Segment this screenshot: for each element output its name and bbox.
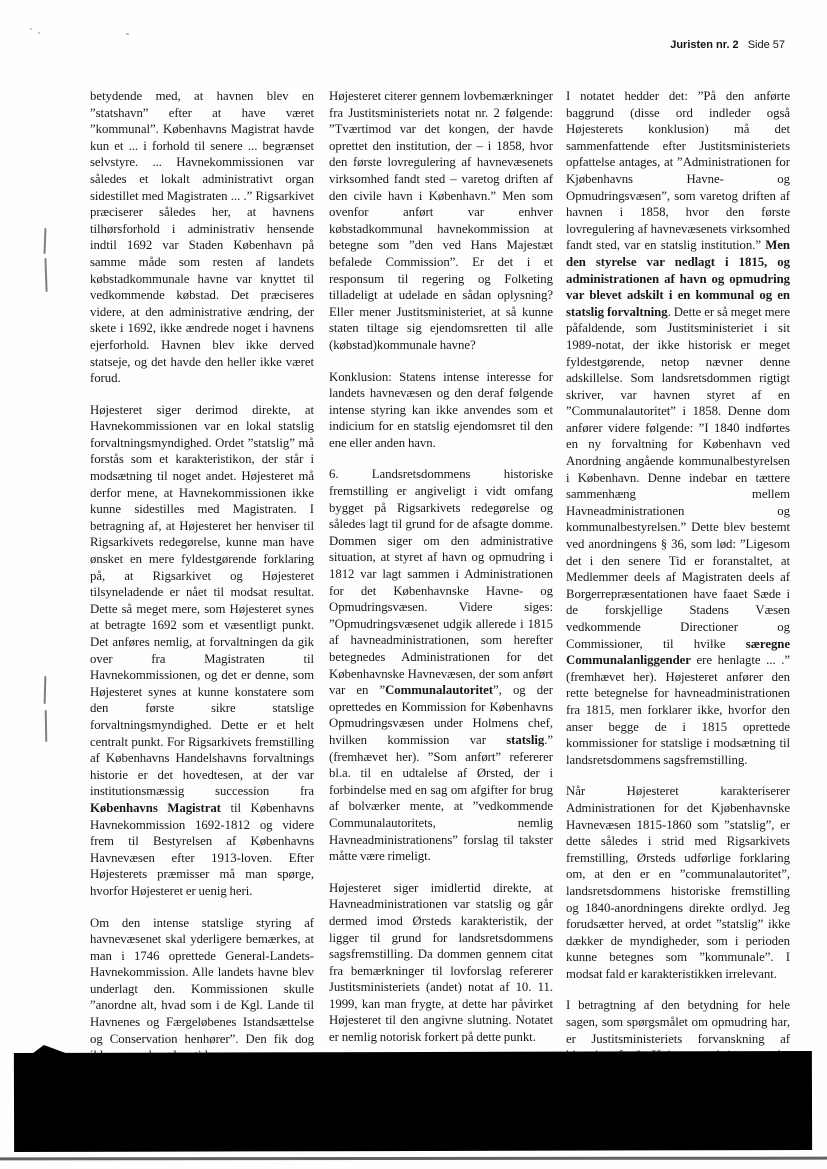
scan-speck	[126, 33, 129, 35]
body-text: Højesteret siger imidlertid direkte, at …	[329, 881, 553, 1044]
body-text: . Dette er så meget mere påfaldende, som…	[566, 305, 790, 651]
paragraph: Når Højesteret karakteriserer Administra…	[566, 783, 790, 982]
margin-mark	[44, 258, 47, 292]
scan-speck	[38, 32, 40, 34]
body-text: 6. Landsretsdommens historiske fremstill…	[329, 467, 553, 697]
paragraph: I notatet hedder det: ”På den anførte ba…	[566, 88, 790, 768]
text-column-1: betydende med, at havnen blev en ”statsh…	[90, 88, 314, 1079]
text-column-2: Højesteret citerer gennem lovbemærkninge…	[329, 88, 553, 1061]
body-text: Når Højesteret karakteriserer Administra…	[566, 784, 790, 981]
scanned-journal-page: Juristen nr. 2Side 57 betydende med, at …	[0, 0, 827, 1169]
emphasized-text: statslig	[506, 733, 544, 747]
body-text: betydende med, at havnen blev en ”statsh…	[90, 89, 314, 385]
emphasized-text: Communalautoritet	[385, 683, 493, 697]
paragraph: Højesteret citerer gennem lovbemærkninge…	[329, 88, 553, 354]
paragraph: Om den intense statslige styring af havn…	[90, 915, 314, 1064]
body-text: ere henlagte ... .” (fremhævet her). Høj…	[566, 653, 790, 767]
journal-title: Juristen nr. 2	[670, 39, 738, 51]
body-text: til Københavns Havnekommission 1692-1812…	[90, 801, 314, 898]
scan-artifact-line	[0, 1157, 827, 1160]
text-column-3: I notatet hedder det: ”På den anførte ba…	[566, 88, 790, 1095]
body-text: I notatet hedder det: ”På den anførte ba…	[566, 89, 790, 252]
body-text: .” (fremhævet her). ”Som anført” referer…	[329, 733, 553, 863]
body-text: Om den intense statslige styring af havn…	[90, 916, 314, 1063]
scan-artifact-band	[14, 1051, 812, 1152]
paragraph: Konklusion: Statens intense interesse fo…	[329, 369, 553, 452]
body-text: Højesteret siger derimod direkte, at Hav…	[90, 403, 314, 799]
paragraph: betydende med, at havnen blev en ”statsh…	[90, 88, 314, 387]
paragraph: Højesteret siger derimod direkte, at Hav…	[90, 402, 314, 900]
paragraph: Højesteret siger imidlertid direkte, at …	[329, 880, 553, 1046]
margin-mark	[45, 710, 48, 742]
emphasized-text: Københavns Magistrat	[90, 801, 221, 815]
body-text: Højesteret citerer gennem lovbemærkninge…	[329, 89, 553, 352]
scan-speck	[30, 28, 32, 30]
page-header: Juristen nr. 2Side 57	[670, 39, 785, 51]
page-number: Side 57	[748, 39, 785, 51]
margin-mark	[44, 676, 47, 704]
margin-mark	[44, 228, 47, 254]
paragraph: 6. Landsretsdommens historiske fremstill…	[329, 466, 553, 864]
body-text: Konklusion: Statens intense interesse fo…	[329, 370, 553, 450]
